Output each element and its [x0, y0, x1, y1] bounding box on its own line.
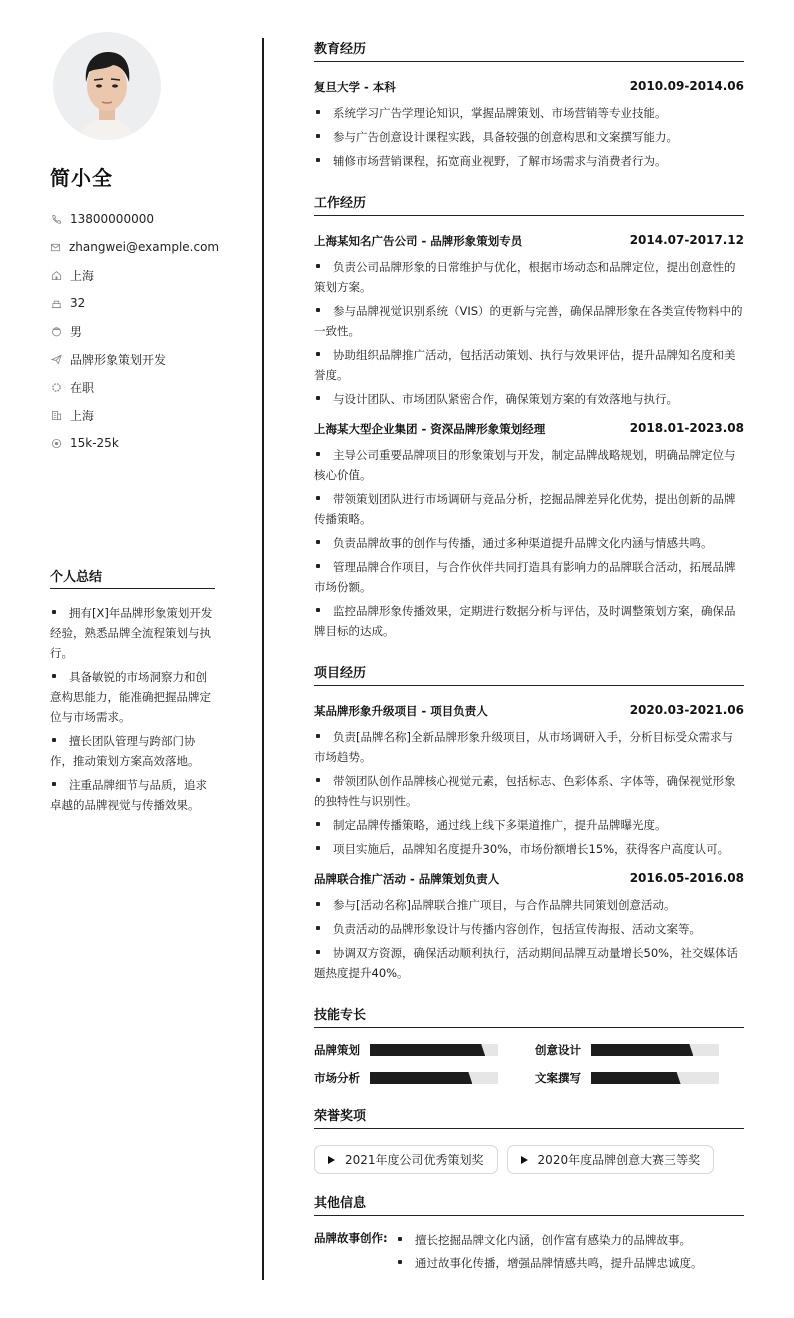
list-item: 参与广告创意设计课程实践，具备较强的创意构思和文案撰写能力。 [314, 127, 744, 147]
entry-date: 2010.09-2014.06 [630, 79, 744, 95]
contact-job-target: 品牌形象策划开发 [50, 345, 215, 373]
bullet-icon [316, 608, 320, 612]
contact-city: 上海 [50, 401, 215, 429]
list-item: 协助组织品牌推广活动，包括活动策划、执行与效果评估，提升品牌知名度和美誉度。 [314, 345, 744, 385]
job-target-value: 品牌形象策划开发 [70, 351, 166, 368]
bullet-icon [316, 352, 320, 356]
list-item: 负责活动的品牌形象设计与传播内容创作，包括宣传海报、活动文案等。 [314, 919, 744, 939]
bullet-icon [316, 134, 320, 138]
bullet-icon [316, 902, 320, 906]
other-row: 品牌故事创作: 擅长挖掘品牌文化内涵，创作富有感染力的品牌故事。 通过故事化传播… [314, 1230, 744, 1276]
main-column: 教育经历 复旦大学 - 本科 2010.09-2014.06 系统学习广告学理论… [314, 38, 744, 1276]
location-value: 上海 [70, 267, 94, 284]
work-bullets: 主导公司重要品牌项目的形象策划与开发，制定品牌战略规划，明确品牌定位与核心价值。… [314, 445, 744, 641]
bullet-icon [316, 452, 320, 456]
email-value: zhangwei@example.com [69, 240, 219, 254]
entry-header: 某品牌形象升级项目 - 项目负责人 2020.03-2021.06 [314, 703, 744, 719]
skill-bar-fill [591, 1044, 693, 1056]
age-value: 32 [70, 296, 85, 310]
entry-heading: 上海某大型企业集团 - 资深品牌形象策划经理 [314, 421, 545, 437]
list-item: 辅修市场营销课程，拓宽商业视野，了解市场需求与消费者行为。 [314, 151, 744, 171]
bullet-icon [316, 540, 320, 544]
bullet-icon [52, 674, 56, 678]
city-value: 上海 [70, 407, 94, 424]
entry-heading: 品牌联合推广活动 - 品牌策划负责人 [314, 871, 499, 887]
skills-title: 技能专长 [314, 1004, 744, 1028]
bullet-icon [52, 610, 56, 614]
honors-section: 荣誉奖项 2021年度公司优秀策划奖 2020年度品牌创意大赛三等奖 [314, 1105, 744, 1174]
honors-list: 2021年度公司优秀策划奖 2020年度品牌创意大赛三等奖 [314, 1145, 744, 1174]
salary-value: 15k-25k [70, 436, 119, 450]
contact-salary: 15k-25k [50, 429, 215, 457]
bullet-icon [316, 846, 320, 850]
skill-item: 市场分析 [314, 1070, 535, 1086]
work-title: 工作经历 [314, 192, 744, 216]
skill-bar [370, 1044, 498, 1056]
bullet-icon [316, 778, 320, 782]
skill-bar-fill [370, 1072, 472, 1084]
bullet-icon [316, 496, 320, 500]
project-bullets: 负责[品牌名称]全新品牌形象升级项目，从市场调研入手，分析目标受众需求与市场趋势… [314, 727, 744, 859]
honors-title: 荣誉奖项 [314, 1105, 744, 1129]
bullet-icon [316, 564, 320, 568]
sidebar: 简小全 13800000000 zhangwei@example.com 上海 … [50, 32, 215, 457]
list-item: 具备敏锐的市场洞察力和创意构思能力，能准确把握品牌定位与市场需求。 [50, 667, 215, 727]
bullet-icon [316, 308, 320, 312]
work-section: 工作经历 上海某知名广告公司 - 品牌形象策划专员 2014.07-2017.1… [314, 192, 744, 641]
education-title: 教育经历 [314, 38, 744, 62]
list-item: 带领团队创作品牌核心视觉元素，包括标志、色彩体系、字体等，确保视觉形象的独特性与… [314, 771, 744, 811]
entry-heading: 某品牌形象升级项目 - 项目负责人 [314, 703, 488, 719]
education-bullets: 系统学习广告学理论知识，掌握品牌策划、市场营销等专业技能。 参与广告创意设计课程… [314, 103, 744, 171]
skill-label: 品牌策划 [314, 1042, 370, 1058]
entry-date: 2014.07-2017.12 [630, 233, 744, 249]
list-item: 通过故事化传播，增强品牌情感共鸣，提升品牌忠诚度。 [396, 1253, 703, 1273]
status-value: 在职 [70, 379, 94, 396]
triangle-right-icon [328, 1156, 335, 1164]
skill-label: 市场分析 [314, 1070, 370, 1086]
contact-age: 32 [50, 289, 215, 317]
list-item: 参与品牌视觉识别系统（VIS）的更新与完善，确保品牌形象在各类宣传物料中的一致性… [314, 301, 744, 341]
bullet-icon [316, 950, 320, 954]
other-title: 其他信息 [314, 1192, 744, 1216]
skill-item: 品牌策划 [314, 1042, 535, 1058]
bullet-icon [316, 926, 320, 930]
list-item: 系统学习广告学理论知识，掌握品牌策划、市场营销等专业技能。 [314, 103, 744, 123]
honor-badge: 2020年度品牌创意大赛三等奖 [507, 1145, 715, 1174]
skill-item: 创意设计 [535, 1042, 744, 1058]
skill-bar [370, 1072, 498, 1084]
skill-label: 创意设计 [535, 1042, 591, 1058]
other-list: 擅长挖掘品牌文化内涵，创作富有感染力的品牌故事。 通过故事化传播，增强品牌情感共… [396, 1230, 703, 1276]
entry-header: 上海某大型企业集团 - 资深品牌形象策划经理 2018.01-2023.08 [314, 421, 744, 437]
summary-title: 个人总结 [50, 566, 215, 589]
candidate-name: 简小全 [50, 162, 215, 191]
phone-value: 13800000000 [70, 212, 154, 226]
skill-bar [591, 1044, 719, 1056]
entry-heading: 上海某知名广告公司 - 品牌形象策划专员 [314, 233, 522, 249]
entry-header: 品牌联合推广活动 - 品牌策划负责人 2016.05-2016.08 [314, 871, 744, 887]
person-photo-icon [53, 32, 161, 140]
cake-icon [50, 297, 62, 309]
list-item: 管理品牌合作项目，与合作伙伴共同打造具有影响力的品牌联合活动，拓展品牌市场份额。 [314, 557, 744, 597]
projects-section: 项目经历 某品牌形象升级项目 - 项目负责人 2020.03-2021.06 负… [314, 662, 744, 983]
list-item: 负责品牌故事的创作与传播，通过多种渠道提升品牌文化内涵与情感共鸣。 [314, 533, 744, 553]
skill-item: 文案撰写 [535, 1070, 744, 1086]
bullet-icon [52, 782, 56, 786]
list-item: 项目实施后，品牌知名度提升30%，市场份额增长15%，获得客户高度认可。 [314, 839, 744, 859]
bullet-icon [398, 1260, 402, 1264]
bullet-icon [316, 158, 320, 162]
avatar [53, 32, 161, 140]
contact-gender: 男 [50, 317, 215, 345]
list-item: 擅长团队管理与跨部门协作，推动策划方案高效落地。 [50, 731, 215, 771]
projects-title: 项目经历 [314, 662, 744, 686]
skills-grid: 品牌策划 创意设计 市场分析 文案撰写 [314, 1042, 744, 1086]
skill-bar-fill [591, 1072, 681, 1084]
building-icon [50, 409, 62, 421]
bullet-icon [316, 110, 320, 114]
status-icon [50, 381, 62, 393]
bullet-icon [316, 396, 320, 400]
phone-icon [50, 213, 62, 225]
entry-header: 复旦大学 - 本科 2010.09-2014.06 [314, 79, 744, 95]
bullet-icon [316, 734, 320, 738]
summary-list: 拥有[X]年品牌形象策划开发经验，熟悉品牌全流程策划与执行。 具备敏锐的市场洞察… [50, 603, 215, 815]
bullet-icon [398, 1237, 402, 1241]
bullet-icon [52, 738, 56, 742]
other-label: 品牌故事创作: [314, 1230, 396, 1276]
skills-section: 技能专长 品牌策划 创意设计 市场分析 文案撰写 [314, 1004, 744, 1086]
other-section: 其他信息 品牌故事创作: 擅长挖掘品牌文化内涵，创作富有感染力的品牌故事。 通过… [314, 1192, 744, 1276]
entry-header: 上海某知名广告公司 - 品牌形象策划专员 2014.07-2017.12 [314, 233, 744, 249]
work-bullets: 负责公司品牌形象的日常维护与优化，根据市场动态和品牌定位，提出创意性的策划方案。… [314, 257, 744, 409]
skill-bar-fill [370, 1044, 485, 1056]
entry-date: 2016.05-2016.08 [630, 871, 744, 887]
contact-list: 13800000000 zhangwei@example.com 上海 32 男… [50, 205, 215, 457]
list-item: 注重品牌细节与品质，追求卓越的品牌视觉与传播效果。 [50, 775, 215, 815]
bullet-icon [316, 822, 320, 826]
list-item: 主导公司重要品牌项目的形象策划与开发，制定品牌战略规划，明确品牌定位与核心价值。 [314, 445, 744, 485]
contact-location: 上海 [50, 261, 215, 289]
skill-label: 文案撰写 [535, 1070, 591, 1086]
home-icon [50, 269, 62, 281]
send-icon [50, 353, 62, 365]
project-bullets: 参与[活动名称]品牌联合推广项目，与合作品牌共同策划创意活动。 负责活动的品牌形… [314, 895, 744, 983]
contact-status: 在职 [50, 373, 215, 401]
salary-icon [50, 437, 62, 449]
gender-icon [50, 325, 62, 337]
education-section: 教育经历 复旦大学 - 本科 2010.09-2014.06 系统学习广告学理论… [314, 38, 744, 171]
list-item: 拥有[X]年品牌形象策划开发经验，熟悉品牌全流程策划与执行。 [50, 603, 215, 663]
list-item: 协调双方资源，确保活动顺利执行，活动期间品牌互动量增长50%，社交媒体话题热度提… [314, 943, 744, 983]
list-item: 负责[品牌名称]全新品牌形象升级项目，从市场调研入手，分析目标受众需求与市场趋势… [314, 727, 744, 767]
honor-badge: 2021年度公司优秀策划奖 [314, 1145, 498, 1174]
vertical-divider [262, 38, 264, 1280]
list-item: 带领策划团队进行市场调研与竞品分析，挖掘品牌差异化优势，提出创新的品牌传播策略。 [314, 489, 744, 529]
list-item: 参与[活动名称]品牌联合推广项目，与合作品牌共同策划创意活动。 [314, 895, 744, 915]
entry-date: 2020.03-2021.06 [630, 703, 744, 719]
entry-heading: 复旦大学 - 本科 [314, 79, 396, 95]
list-item: 制定品牌传播策略，通过线上线下多渠道推广，提升品牌曝光度。 [314, 815, 744, 835]
list-item: 擅长挖掘品牌文化内涵，创作富有感染力的品牌故事。 [396, 1230, 703, 1250]
bullet-icon [316, 264, 320, 268]
contact-email: zhangwei@example.com [50, 233, 215, 261]
list-item: 与设计团队、市场团队紧密合作，确保策划方案的有效落地与执行。 [314, 389, 744, 409]
list-item: 负责公司品牌形象的日常维护与优化，根据市场动态和品牌定位，提出创意性的策划方案。 [314, 257, 744, 297]
mail-icon [50, 241, 61, 253]
list-item: 监控品牌形象传播效果，定期进行数据分析与评估，及时调整策划方案，确保品牌目标的达… [314, 601, 744, 641]
gender-value: 男 [70, 323, 82, 340]
triangle-right-icon [521, 1156, 528, 1164]
summary-section: 个人总结 拥有[X]年品牌形象策划开发经验，熟悉品牌全流程策划与执行。 具备敏锐… [50, 566, 215, 819]
entry-date: 2018.01-2023.08 [630, 421, 744, 437]
contact-phone: 13800000000 [50, 205, 215, 233]
skill-bar [591, 1072, 719, 1084]
